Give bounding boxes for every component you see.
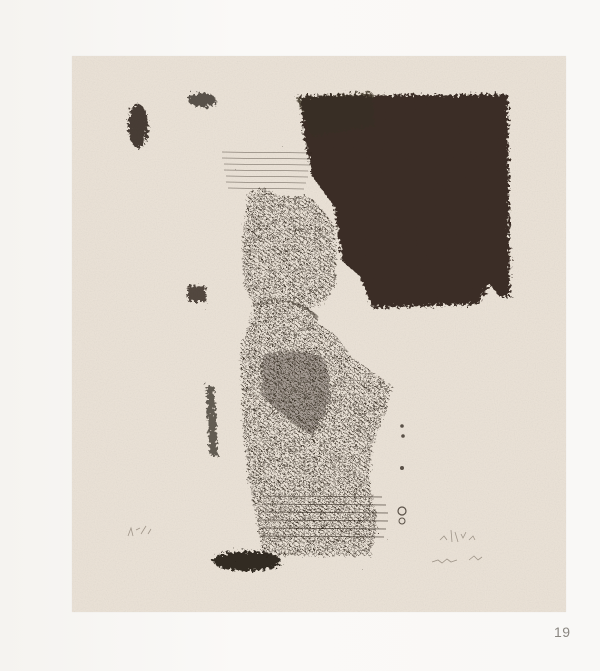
book-page: 19 xyxy=(0,0,600,671)
page-number: 19 xyxy=(554,624,571,640)
artwork-illustration xyxy=(72,56,566,612)
artwork-plate xyxy=(72,56,566,612)
small-ink-square xyxy=(188,286,206,302)
